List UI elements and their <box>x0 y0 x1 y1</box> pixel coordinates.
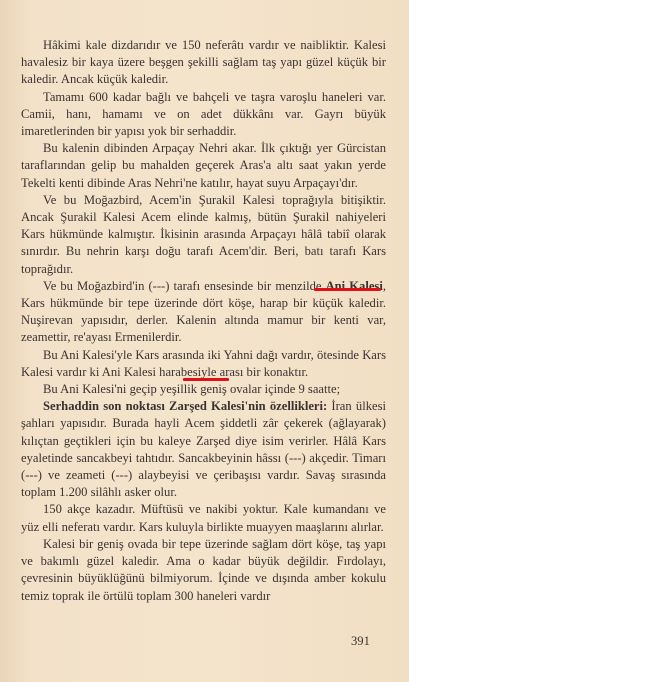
paragraph-6: Bu Ani Kalesi'yle Kars arasında iki Yahn… <box>21 347 386 381</box>
zarsed-heading: Serhaddin son noktası Zarşed Kalesi'nin … <box>43 399 327 413</box>
red-underline-ani-kalesi <box>183 378 229 381</box>
book-page: Hâkimi kale dizdarıdır ve 150 neferâtı v… <box>0 0 409 682</box>
page-number: 391 <box>351 634 370 649</box>
paragraph-7: Bu Ani Kalesi'ni geçip yeşillik geniş ov… <box>21 381 386 398</box>
paragraph-8: Serhaddin son noktası Zarşed Kalesi'nin … <box>21 398 386 501</box>
page-body: Hâkimi kale dizdarıdır ve 150 neferâtı v… <box>21 37 386 605</box>
paragraph-9: 150 akçe kazadır. Müftüsü ve nakibi yokt… <box>21 501 386 535</box>
paragraph-2: Tamamı 600 kadar bağlı ve bahçeli ve taş… <box>21 89 386 141</box>
paragraph-5-lead: Ve bu Moğazbird'in (---) tarafı ensesind… <box>43 279 326 293</box>
paragraph-8-rest: İran ülkesi şahları yapısıdır. Burada ha… <box>21 399 386 499</box>
paragraph-10: Kalesi bir geniş ovada bir tepe üzerinde… <box>21 536 386 605</box>
paragraph-1: Hâkimi kale dizdarıdır ve 150 neferâtı v… <box>21 37 386 89</box>
red-underline-menzilde-ani <box>314 288 381 291</box>
paragraph-3: Bu kalenin dibinden Arpaçay Nehri akar. … <box>21 140 386 192</box>
paragraph-4: Ve bu Moğazbird, Acem'in Şurakil Kalesi … <box>21 192 386 278</box>
